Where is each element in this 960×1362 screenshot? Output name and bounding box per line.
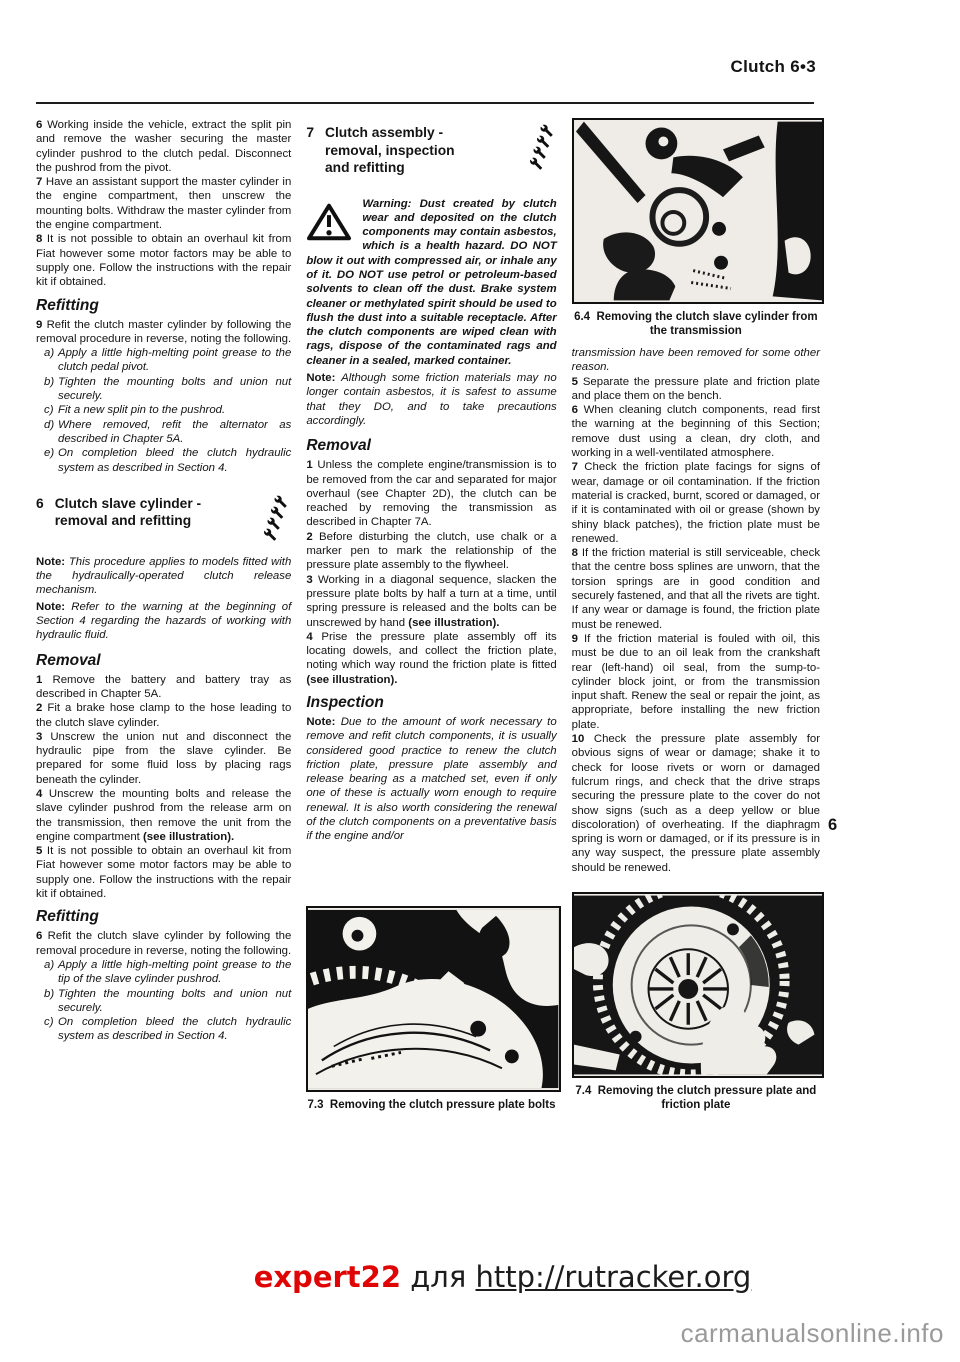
list-item: d)Where removed, refit the alternator as…: [44, 418, 291, 447]
paragraph: 7 Check the friction plate facings for s…: [572, 460, 820, 546]
figure-number: 7.3: [308, 1099, 324, 1111]
note-label: Note:: [306, 716, 335, 728]
continued-text: transmission have been removed for some …: [572, 346, 820, 375]
paragraph-text: It is not possible to obtain an overhaul…: [36, 233, 291, 288]
paragraph-text: Working inside the vehicle, extract the …: [36, 119, 291, 174]
list-item: e)On completion bleed the clutch hydraul…: [44, 446, 291, 475]
paragraph: 10 Check the pressure plate assembly for…: [572, 732, 820, 875]
figure-number: 6.4: [574, 311, 590, 323]
paragraph: 6 Refit the clutch slave cylinder by fol…: [36, 929, 291, 958]
section-title-line: and refitting: [325, 159, 455, 177]
paragraph-text: If the friction material is fouled with …: [572, 633, 820, 731]
paragraph-number: 1: [36, 674, 42, 686]
paragraph: 6 When cleaning clutch components, read …: [572, 403, 820, 460]
note: Note: Due to the amount of work necessar…: [306, 715, 556, 844]
inspection-heading: Inspection: [306, 694, 556, 712]
note-text: Although some friction materials may no …: [306, 372, 556, 427]
paragraph-text: Check the pressure plate assembly for ob…: [572, 733, 820, 874]
section-title-line: removal and refitting: [55, 512, 201, 530]
figure-7-3: 7.3 Removing the clutch pressure plate b…: [306, 906, 556, 1112]
note: Note: Although some friction materials m…: [306, 371, 556, 428]
paragraph-number: 4: [306, 631, 312, 643]
paragraph: 1 Remove the battery and battery tray as…: [36, 673, 291, 702]
section-title-line: Clutch assembly -: [325, 124, 455, 142]
list-marker: d): [44, 418, 54, 432]
header-rule: [36, 102, 814, 104]
list-marker: a): [44, 958, 54, 972]
photo-pressure-plate-bolts: [306, 906, 560, 1092]
column-left: 6 Working inside the vehicle, extract th…: [36, 118, 291, 1112]
spanner-stack-icon: [263, 495, 289, 541]
list-item: b)Tighten the mounting bolts and union n…: [44, 375, 291, 404]
paragraph-number: 7: [36, 176, 42, 188]
paragraph: 3 Working in a diagonal sequence, slacke…: [306, 573, 556, 630]
paragraph-text: Remove the battery and battery tray as d…: [36, 674, 291, 700]
content-columns: 6 Working inside the vehicle, extract th…: [36, 118, 820, 1112]
footer-overlay: expert22 для http://rutracker.org: [0, 1260, 960, 1294]
section-number: 6: [36, 495, 44, 513]
paragraph-number: 3: [36, 731, 42, 743]
paragraph-number: 8: [572, 547, 578, 559]
list-item: a)Apply a little high-melting point grea…: [44, 346, 291, 375]
removal-heading: Removal: [36, 652, 291, 670]
list-text: On completion bleed the clutch hydraulic…: [58, 1016, 291, 1042]
paragraph: 9 If the friction material is fouled wit…: [572, 632, 820, 732]
figure-caption-text: Removing the clutch slave cylinder from …: [596, 311, 817, 337]
paragraph-text: It is not possible to obtain an overhaul…: [36, 845, 291, 900]
warning-triangle-icon: [306, 202, 352, 242]
lettered-list: a)Apply a little high-melting point grea…: [44, 958, 291, 1044]
paragraph-number: 2: [36, 702, 42, 714]
paragraph: 6 Working inside the vehicle, extract th…: [36, 118, 291, 175]
column-right: 6.4 Removing the clutch slave cylinder f…: [572, 118, 820, 1112]
lettered-list: a)Apply a little high-melting point grea…: [44, 346, 291, 475]
paragraph-number: 9: [572, 633, 578, 645]
list-marker: a): [44, 346, 54, 360]
paragraph-number: 10: [572, 733, 585, 745]
list-text: Apply a little high-melting point grease…: [58, 347, 291, 373]
list-marker: c): [44, 403, 54, 417]
paragraph-number: 1: [306, 459, 312, 471]
paragraph: 7 Have an assistant support the master c…: [36, 175, 291, 232]
paragraph-text: Separate the pressure plate and friction…: [572, 376, 820, 402]
paragraph-text: Unscrew the union nut and disconnect the…: [36, 731, 291, 786]
list-text: Tighten the mounting bolts and union nut…: [58, 988, 291, 1014]
figure-caption: 7.4 Removing the clutch pressure plate a…: [572, 1084, 820, 1112]
paragraph-text: Prise the pressure plate assembly off it…: [306, 631, 556, 672]
figure-caption: 6.4 Removing the clutch slave cylinder f…: [572, 310, 820, 338]
note-label: Note:: [36, 556, 65, 568]
list-item: a)Apply a little high-melting point grea…: [44, 958, 291, 987]
figure-caption: 7.3 Removing the clutch pressure plate b…: [306, 1098, 556, 1112]
figure-caption-text: Removing the clutch pressure plate and f…: [598, 1085, 817, 1111]
note-text: This procedure applies to models fitted …: [36, 556, 291, 597]
paragraph-number: 7: [572, 461, 578, 473]
note-text: Refer to the warning at the beginning of…: [36, 601, 291, 642]
list-text: Where removed, refit the alternator as d…: [58, 419, 291, 445]
paragraph-number: 6: [36, 930, 42, 942]
paragraph-number: 5: [572, 376, 578, 388]
list-marker: e): [44, 446, 54, 460]
list-text: Apply a little high-melting point grease…: [58, 959, 291, 985]
list-marker: c): [44, 1015, 54, 1029]
paragraph-text: Refit the clutch master cylinder by foll…: [36, 319, 291, 345]
footer-link[interactable]: http://rutracker.org: [476, 1260, 752, 1294]
refitting-heading: Refitting: [36, 297, 291, 315]
section-title-line: removal, inspection: [325, 142, 455, 160]
list-marker: b): [44, 375, 54, 389]
section-title: Clutch slave cylinder - removal and refi…: [55, 495, 201, 530]
note-label: Note:: [306, 372, 335, 384]
paragraph-number: 6: [572, 404, 578, 416]
paragraph-text: If the friction material is still servic…: [572, 547, 820, 630]
note: Note: This procedure applies to models f…: [36, 555, 291, 598]
refitting-heading: Refitting: [36, 908, 291, 926]
paragraph-text: Refit the clutch slave cylinder by follo…: [36, 930, 291, 956]
figure-number: 7.4: [575, 1085, 591, 1097]
paragraph: 8 It is not possible to obtain an overha…: [36, 232, 291, 289]
paragraph: 4 Unscrew the mounting bolts and release…: [36, 787, 291, 844]
list-item: b)Tighten the mounting bolts and union n…: [44, 987, 291, 1016]
paragraph-text: When cleaning clutch components, read fi…: [572, 404, 820, 459]
section-number: 7: [306, 124, 314, 142]
figure-caption-text: Removing the clutch pressure plate bolts: [330, 1099, 556, 1111]
see-illustration-ref: (see illustration).: [408, 617, 499, 629]
paragraph-number: 5: [36, 845, 42, 857]
section-7-heading: 7 Clutch assembly - removal, inspection …: [306, 124, 556, 177]
paragraph-number: 3: [306, 574, 312, 586]
list-text: Fit a new split pin to the pushrod.: [58, 404, 225, 416]
paragraph-text: Before disturbing the clutch, use chalk …: [306, 531, 556, 572]
paragraph-text: Unless the complete engine/transmission …: [306, 459, 556, 528]
figure-7-4: 7.4 Removing the clutch pressure plate a…: [572, 892, 820, 1112]
note-label: Note:: [36, 601, 65, 613]
paragraph-text: Have an assistant support the master cyl…: [36, 176, 291, 231]
paragraph: 3 Unscrew the union nut and disconnect t…: [36, 730, 291, 787]
photo-slave-cylinder: [572, 118, 824, 304]
list-text: Tighten the mounting bolts and union nut…: [58, 376, 291, 402]
paragraph: 9 Refit the clutch master cylinder by fo…: [36, 318, 291, 347]
paragraph: 1 Unless the complete engine/transmissio…: [306, 458, 556, 529]
chapter-tab-number: 6: [828, 818, 837, 832]
manual-page: Clutch 6•3 6 6 Working inside the vehicl…: [0, 0, 960, 1362]
list-marker: b): [44, 987, 54, 1001]
paragraph: 2 Before disturbing the clutch, use chal…: [306, 530, 556, 573]
figure-6-4: 6.4 Removing the clutch slave cylinder f…: [572, 118, 820, 338]
paragraph: 5 It is not possible to obtain an overha…: [36, 844, 291, 901]
list-text: On completion bleed the clutch hydraulic…: [58, 447, 291, 473]
page-header-title: Clutch 6•3: [731, 60, 816, 74]
footer-separator: для: [410, 1260, 466, 1294]
paragraph: 2 Fit a brake hose clamp to the hose lea…: [36, 701, 291, 730]
warning-block: Warning: Dust created by clutch wear and…: [306, 197, 556, 369]
list-item: c)Fit a new split pin to the pushrod.: [44, 403, 291, 417]
footer-brand: expert22: [254, 1260, 401, 1294]
list-item: c)On completion bleed the clutch hydraul…: [44, 1015, 291, 1044]
paragraph: 4 Prise the pressure plate assembly off …: [306, 630, 556, 687]
spanner-stack-icon: [529, 124, 555, 170]
section-title: Clutch assembly - removal, inspection an…: [325, 124, 455, 177]
paragraph-number: 9: [36, 319, 42, 331]
removal-heading: Removal: [306, 437, 556, 455]
see-illustration-ref: (see illustration).: [306, 674, 397, 686]
paragraph: 8 If the friction material is still serv…: [572, 546, 820, 632]
section-6-heading: 6 Clutch slave cylinder - removal and re…: [36, 495, 291, 541]
paragraph: 5 Separate the pressure plate and fricti…: [572, 375, 820, 404]
see-illustration-ref: (see illustration).: [143, 831, 234, 843]
paragraph-number: 4: [36, 788, 42, 800]
paragraph-text: Check the friction plate facings for sig…: [572, 461, 820, 544]
note-text: Due to the amount of work necessary to r…: [306, 716, 556, 842]
paragraph-number: 2: [306, 531, 312, 543]
photo-pressure-plate-removal: [572, 892, 824, 1078]
paragraph-number: 8: [36, 233, 42, 245]
watermark-text: carmanualsonline.info: [681, 1326, 944, 1340]
note: Note: Refer to the warning at the beginn…: [36, 600, 291, 643]
paragraph-text: Fit a brake hose clamp to the hose leadi…: [36, 702, 291, 728]
section-title-line: Clutch slave cylinder -: [55, 495, 201, 513]
paragraph-number: 6: [36, 119, 42, 131]
column-middle: 7 Clutch assembly - removal, inspection …: [306, 118, 556, 1112]
